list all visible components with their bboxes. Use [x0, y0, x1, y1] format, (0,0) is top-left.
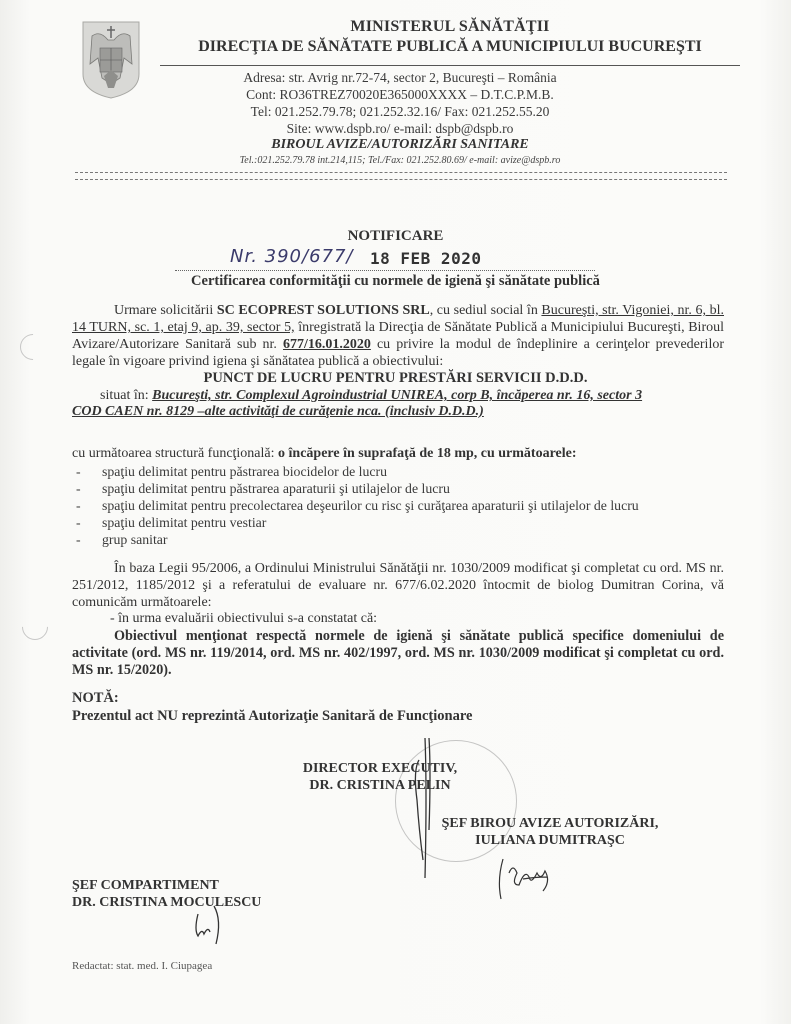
- list-item: spaţiu delimitat pentru precolectarea de…: [72, 497, 752, 514]
- note-text: Prezentul act NU reprezintă Autorizaţie …: [72, 708, 472, 725]
- compartment-head-signature-icon: [190, 900, 230, 955]
- list-item: spaţiu delimitat pentru vestiar: [72, 514, 752, 531]
- finding-paragraph: Obiectivul menţionat respectă normele de…: [72, 628, 724, 679]
- finding-intro: - în urma evaluării obiectivului s-a con…: [110, 611, 377, 627]
- note-heading: NOTĂ:: [72, 690, 119, 707]
- romanian-coat-of-arms-icon: [80, 18, 142, 100]
- list-item: spaţiu delimitat pentru păstrarea biocid…: [72, 463, 752, 480]
- date-stamp: 18 FEB 2020: [370, 249, 481, 268]
- office-head-name: IULIANA DUMITRAŞC: [400, 832, 700, 849]
- director-title: DIRECTOR EXECUTIV,: [290, 760, 470, 777]
- header-phones: Tel: 021.252.79.78; 021.252.32.16/ Fax: …: [190, 104, 610, 120]
- office-head-title: ŞEF BIROU AVIZE AUTORIZĂRI,: [400, 815, 700, 832]
- functional-structure: cu următoarea structură funcţională: o î…: [72, 446, 752, 462]
- compartment-head-title: ŞEF COMPARTIMENT: [72, 877, 292, 894]
- objective-location: situat în: Bucureşti, str. Complexul Agr…: [72, 387, 752, 404]
- list-item: grup sanitar: [72, 531, 752, 548]
- office-head-signature-block: ŞEF BIROU AVIZE AUTORIZĂRI, IULIANA DUMI…: [400, 815, 700, 849]
- director-name: DR. CRISTINA PELIN: [290, 777, 470, 794]
- document-title: NOTIFICARE: [0, 228, 791, 245]
- punch-hole-mark: [15, 329, 52, 366]
- request-text: , cu sediul social în: [430, 303, 542, 318]
- header-address: Adresa: str. Avrig nr.72-74, sector 2, B…: [190, 70, 610, 86]
- location-label: situat în:: [72, 388, 152, 403]
- structure-list: spaţiu delimitat pentru păstrarea biocid…: [72, 463, 752, 548]
- office-name: BIROUL AVIZE/AUTORIZĂRI SANITARE: [190, 137, 610, 153]
- director-signature-block: DIRECTOR EXECUTIV, DR. CRISTINA PELIN: [290, 760, 470, 794]
- handwritten-registration-number: Nr. 390/677/: [230, 246, 354, 267]
- legal-basis-paragraph: În baza Legii 95/2006, a Ordinului Minis…: [72, 560, 724, 611]
- double-dashed-divider: [75, 172, 727, 180]
- location-address: Bucureşti, str. Complexul Agroindustrial…: [152, 388, 642, 403]
- header-account: Cont: RO36TREZ70020E365000XXXX – D.T.C.P…: [190, 87, 610, 103]
- caen-code: COD CAEN nr. 8129 –alte activităţi de cu…: [72, 404, 752, 420]
- drafted-by: Redactat: stat. med. I. Ciupagea: [72, 960, 212, 972]
- document-subtitle: Certificarea conformităţii cu normele de…: [0, 273, 791, 290]
- ministry-name: MINISTERUL SĂNĂTĂŢII: [150, 18, 750, 36]
- director-signature-icon: [405, 730, 445, 885]
- structure-label: cu următoarea structură funcţională:: [72, 446, 278, 461]
- objective-title: PUNCT DE LUCRU PENTRU PRESTĂRI SERVICII …: [0, 370, 791, 387]
- directorate-name: DIRECŢIA DE SĂNĂTATE PUBLICĂ A MUNICIPIU…: [150, 38, 750, 56]
- registration-reference: 677/16.01.2020: [283, 337, 371, 352]
- compartment-head-name: DR. CRISTINA MOCULESCU: [72, 894, 292, 911]
- compartment-head-signature-block: ŞEF COMPARTIMENT DR. CRISTINA MOCULESCU: [72, 877, 292, 911]
- scanned-document-page: MINISTERUL SĂNĂTĂŢII DIRECŢIA DE SĂNĂTAT…: [0, 0, 791, 1024]
- structure-summary: o încăpere în suprafaţă de 18 mp, cu urm…: [278, 446, 577, 461]
- list-item: spaţiu delimitat pentru păstrarea aparat…: [72, 480, 752, 497]
- punch-hole-mark: [17, 609, 54, 646]
- header-divider: [160, 65, 740, 66]
- company-name: SC ECOPREST SOLUTIONS SRL: [217, 303, 430, 318]
- request-text: Urmare solicitării: [114, 303, 217, 318]
- request-paragraph: Urmare solicitării SC ECOPREST SOLUTIONS…: [72, 302, 724, 370]
- header-site-email: Site: www.dspb.ro/ e-mail: dspb@dspb.ro: [190, 121, 610, 137]
- office-contact: Tel.:021.252.79.78 int.214,115; Tel./Fax…: [170, 155, 630, 166]
- office-head-signature-icon: [495, 855, 565, 910]
